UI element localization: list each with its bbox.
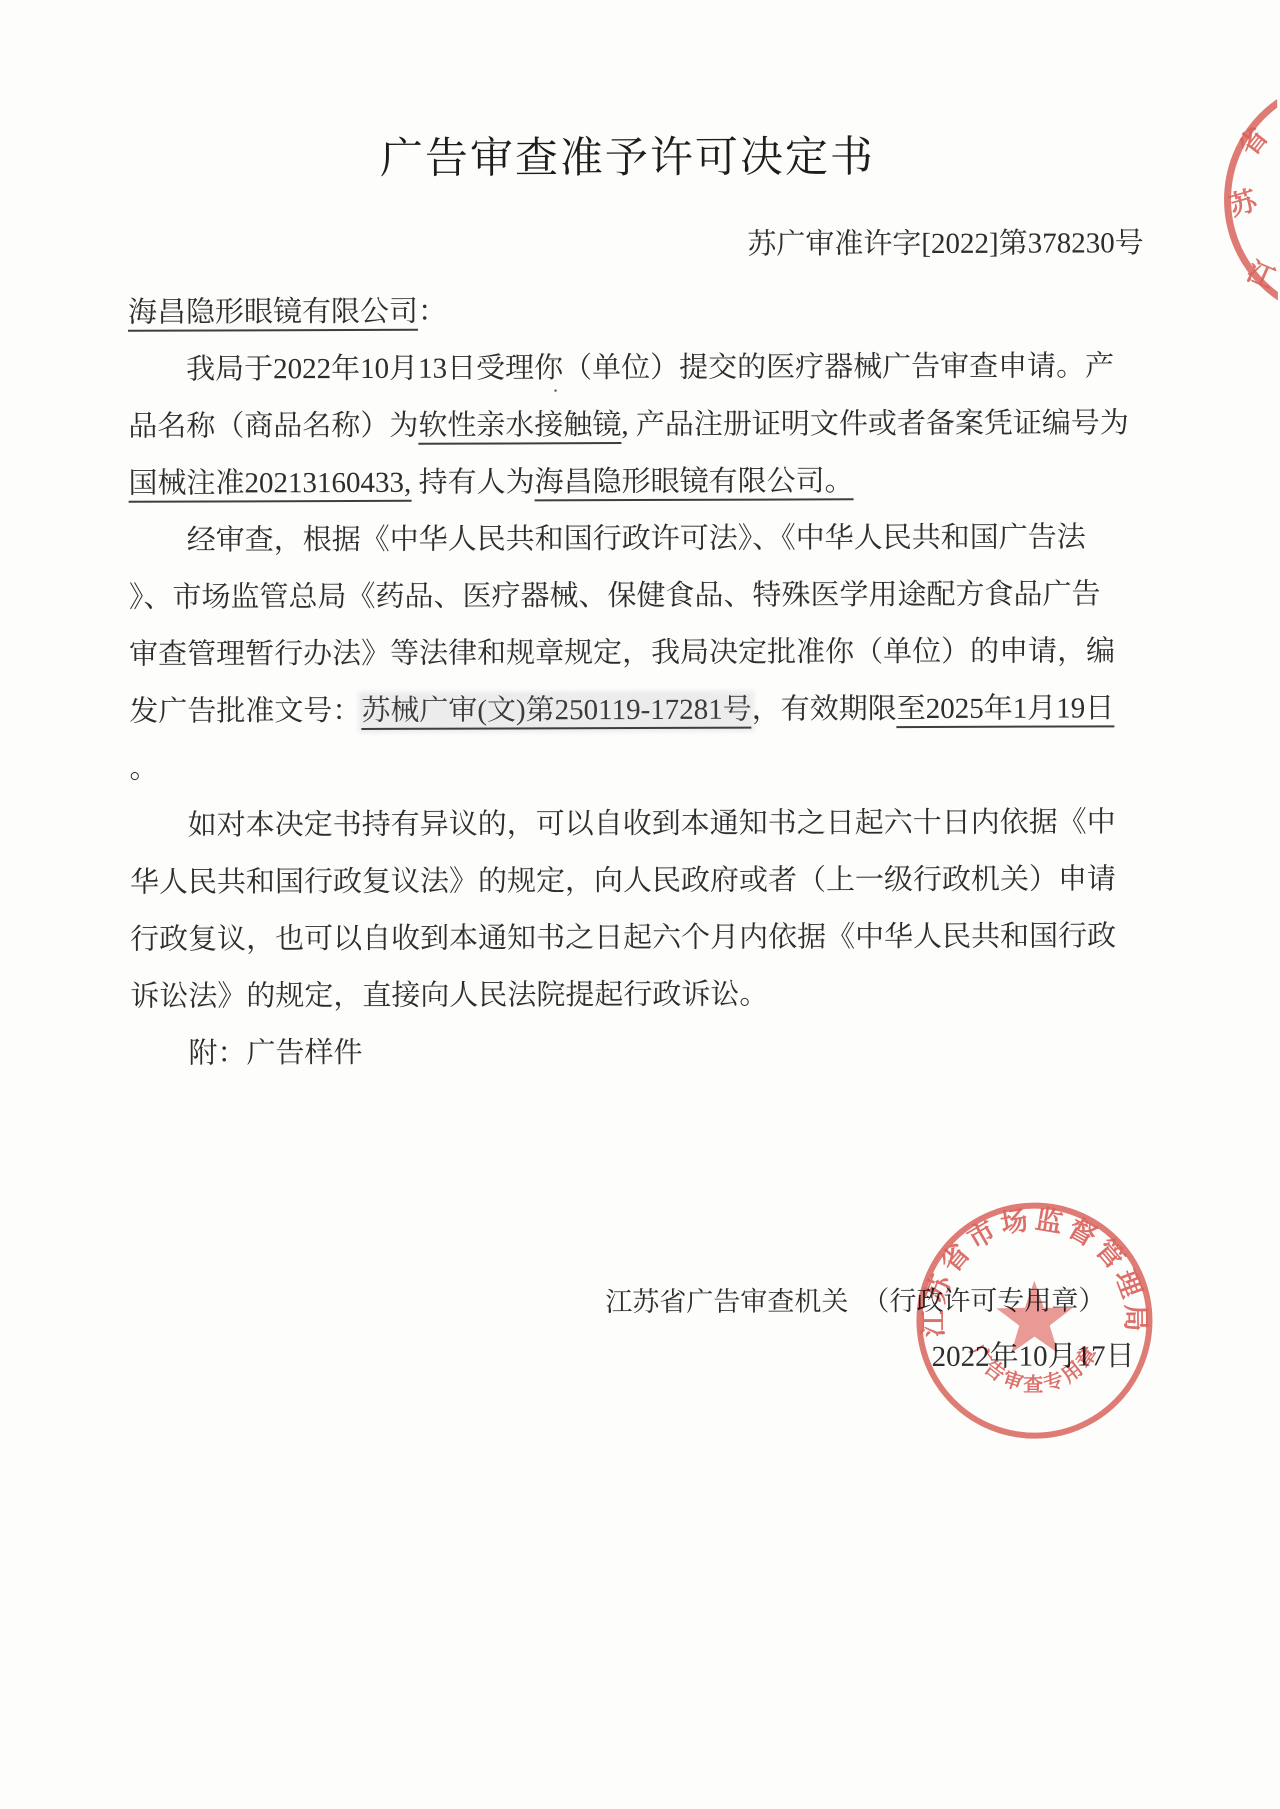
body-text-segment: 经审查，根据《中华人民共和国行政许可法》、《中华人民共和国广告法 xyxy=(187,521,1086,556)
official-seal-stamp: 江苏省市场监督管理局 广告审查专用章 xyxy=(904,1190,1165,1451)
scan-artifact-dot: · xyxy=(552,380,559,403)
body-text-segment: 海昌隐形眼镜有限公司。 xyxy=(535,465,854,501)
document-number: 苏广审准许字[2022]第378230号 xyxy=(128,220,1144,265)
body-line: 国械注准20213160433, 持有人为海昌隐形眼镜有限公司。 xyxy=(128,452,1138,513)
body-line: 行政复议，也可以自收到本通知书之日起六个月内依据《中华人民共和国行政 xyxy=(130,908,1140,969)
body-text-segment: 海昌隐形眼镜有限公司 xyxy=(128,296,418,332)
body-text-segment: 诉讼法》的规定，直接向人民法院提起行政诉讼。 xyxy=(130,979,768,1013)
body-text-segment: 。 xyxy=(129,753,158,785)
body-line: 品名称（商品名称）为软性亲水接触镜, 产品注册证明文件或者备案凭证编号为 xyxy=(128,395,1138,456)
body-text-segment: 如对本决定书持有异议的，可以自收到本通知书之日起六十日内依据《中 xyxy=(188,806,1116,841)
body-text-segment: ，有效期限 xyxy=(752,693,897,726)
document-body: 海昌隐形眼镜有限公司：我局于2022年10月13日受理你（单位）提交的医疗器械广… xyxy=(128,281,1141,1083)
body-text-segment: ： xyxy=(418,296,447,328)
body-text-segment: 我局于2022年10月13日受理你（单位）提交的医疗器械广告审查申请。产 xyxy=(186,350,1114,385)
seal-type-text: 广告审查专用章 xyxy=(966,1340,1104,1397)
body-text-segment: 审查管理暂行办法》等法律和规章规定，我局决定批准你（单位）的申请，编 xyxy=(129,635,1115,670)
body-line: 诉讼法》的规定，直接向人民法院提起行政诉讼。 xyxy=(130,965,1140,1026)
body-text-segment: 品名称（商品名称）为 xyxy=(128,410,418,443)
body-text-segment: 附：广告样件 xyxy=(188,1037,362,1070)
body-text-segment: 持有人为 xyxy=(411,466,534,498)
body-line: 海昌隐形眼镜有限公司： xyxy=(128,281,1138,342)
body-line: 。 xyxy=(129,737,1139,798)
issuer-name: 江苏省广告审查机关 xyxy=(605,1286,848,1317)
partial-corner-seal: 省 苏 江 xyxy=(1115,80,1278,331)
body-text-segment: 华人民共和国行政复议法》的规定，向人民政府或者（上一级行政机关）申请 xyxy=(130,863,1116,898)
body-line: 发广告批准文号：苏械广审(文)第250119-17281号，有效期限至2025年… xyxy=(129,680,1139,741)
body-text-segment: 行政复议，也可以自收到本通知书之日起六个月内依据《中华人民共和国行政 xyxy=(130,920,1116,955)
body-text-segment: , 产品注册证明文件或者备案凭证编号为 xyxy=(621,407,1129,441)
body-line: 附：广告样件 xyxy=(130,1022,1140,1083)
scanned-document-page: 广告审查准予许可决定书 苏广审准许字[2022]第378230号 海昌隐形眼镜有… xyxy=(0,0,1280,1809)
body-text-segment: 国械注准20213160433, xyxy=(128,467,411,503)
seal-star-icon xyxy=(996,1280,1072,1353)
body-line: 》、市场监管总局《药品、医疗器械、保健食品、特殊医学用途配方食品广告 xyxy=(129,566,1139,627)
body-line: 华人民共和国行政复议法》的规定，向人民政府或者（上一级行政机关）申请 xyxy=(130,851,1140,912)
body-line: 审查管理暂行办法》等法律和规章规定，我局决定批准你（单位）的申请，编 xyxy=(129,623,1139,684)
body-text-segment: 软性亲水接触镜 xyxy=(418,409,621,445)
body-text-segment: 发广告批准文号： xyxy=(129,695,361,728)
body-line: 经审查，根据《中华人民共和国行政许可法》、《中华人民共和国广告法 xyxy=(129,509,1139,570)
body-line: 我局于2022年10月13日受理你（单位）提交的医疗器械广告审查申请。产 xyxy=(128,338,1138,399)
body-text-segment: 》、市场监管总局《药品、医疗器械、保健食品、特殊医学用途配方食品广告 xyxy=(129,578,1101,613)
body-text-segment: 至2025年1月19日 xyxy=(897,692,1115,728)
body-line: 如对本决定书持有异议的，可以自收到本通知书之日起六十日内依据《中 xyxy=(130,794,1140,855)
body-text-segment: 苏械广审(文)第250119-17281号 xyxy=(361,694,752,730)
document-content: 广告审查准予许可决定书 苏广审准许字[2022]第378230号 海昌隐形眼镜有… xyxy=(0,0,1280,1809)
document-title: 广告审查准予许可决定书 xyxy=(127,122,1127,186)
